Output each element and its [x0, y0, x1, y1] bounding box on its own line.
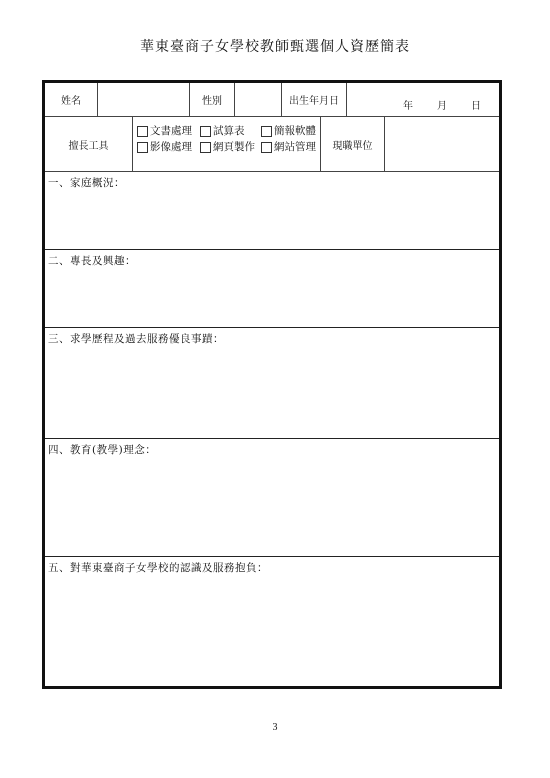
- birth-year-label: 年: [403, 97, 413, 112]
- section-teaching-philosophy[interactable]: 四、教育(教學)理念：: [45, 439, 499, 556]
- checkbox-word-processing[interactable]: 文書處理: [137, 123, 197, 139]
- current-unit-label: 現職單位: [321, 117, 384, 171]
- form-title: 華東臺商子女學校教師甄選個人資歷簡表: [0, 36, 550, 56]
- birth-month-label: 月: [437, 97, 447, 112]
- section-family[interactable]: 一、家庭概況：: [45, 172, 499, 249]
- checkbox-presentation[interactable]: 簡報軟體: [261, 123, 316, 139]
- section-education-service-label: 三、求學歷程及過去服務優良事蹟：: [48, 331, 224, 346]
- gender-label: 性別: [190, 83, 234, 116]
- checkbox-box-icon: [200, 126, 211, 137]
- gender-field[interactable]: [235, 83, 281, 116]
- page-number: 3: [0, 722, 550, 733]
- skills-label: 擅長工具: [45, 117, 132, 171]
- checkbox-image-processing[interactable]: 影像處理: [137, 139, 197, 155]
- section-teaching-philosophy-label: 四、教育(教學)理念：: [48, 442, 156, 457]
- section-school-understanding[interactable]: 五、對華東臺商子女學校的認識及服務抱負：: [45, 557, 499, 686]
- section-family-label: 一、家庭概況：: [48, 175, 125, 190]
- checkbox-web-design[interactable]: 網頁製作: [200, 139, 258, 155]
- checkbox-box-icon: [261, 142, 272, 153]
- current-unit-field[interactable]: [385, 117, 499, 171]
- name-field[interactable]: [98, 83, 189, 116]
- section-skills-interests[interactable]: 二、專長及興趣：: [45, 250, 499, 327]
- name-label: 姓名: [45, 83, 97, 116]
- checkbox-box-icon: [137, 142, 148, 153]
- checkbox-box-icon: [137, 126, 148, 137]
- birth-date-field[interactable]: 年 月 日: [347, 83, 499, 116]
- birth-date-label: 出生年月日: [282, 83, 346, 116]
- checkbox-spreadsheet[interactable]: 試算表: [200, 123, 258, 139]
- birth-day-label: 日: [471, 97, 481, 112]
- section-skills-interests-label: 二、專長及興趣：: [48, 253, 136, 268]
- skills-checkbox-group: 文書處理 試算表 簡報軟體 影像處理 網頁製作 網站管理: [137, 123, 319, 155]
- section-school-understanding-label: 五、對華東臺商子女學校的認識及服務抱負：: [48, 560, 268, 575]
- section-education-service[interactable]: 三、求學歷程及過去服務優良事蹟：: [45, 328, 499, 438]
- resume-form-table: 姓名 性別 出生年月日 年 月 日 擅長工具 文書處理 試算表 簡報軟體 影像處…: [42, 80, 502, 689]
- checkbox-box-icon: [261, 126, 272, 137]
- checkbox-website-management[interactable]: 網站管理: [261, 139, 316, 155]
- checkbox-box-icon: [200, 142, 211, 153]
